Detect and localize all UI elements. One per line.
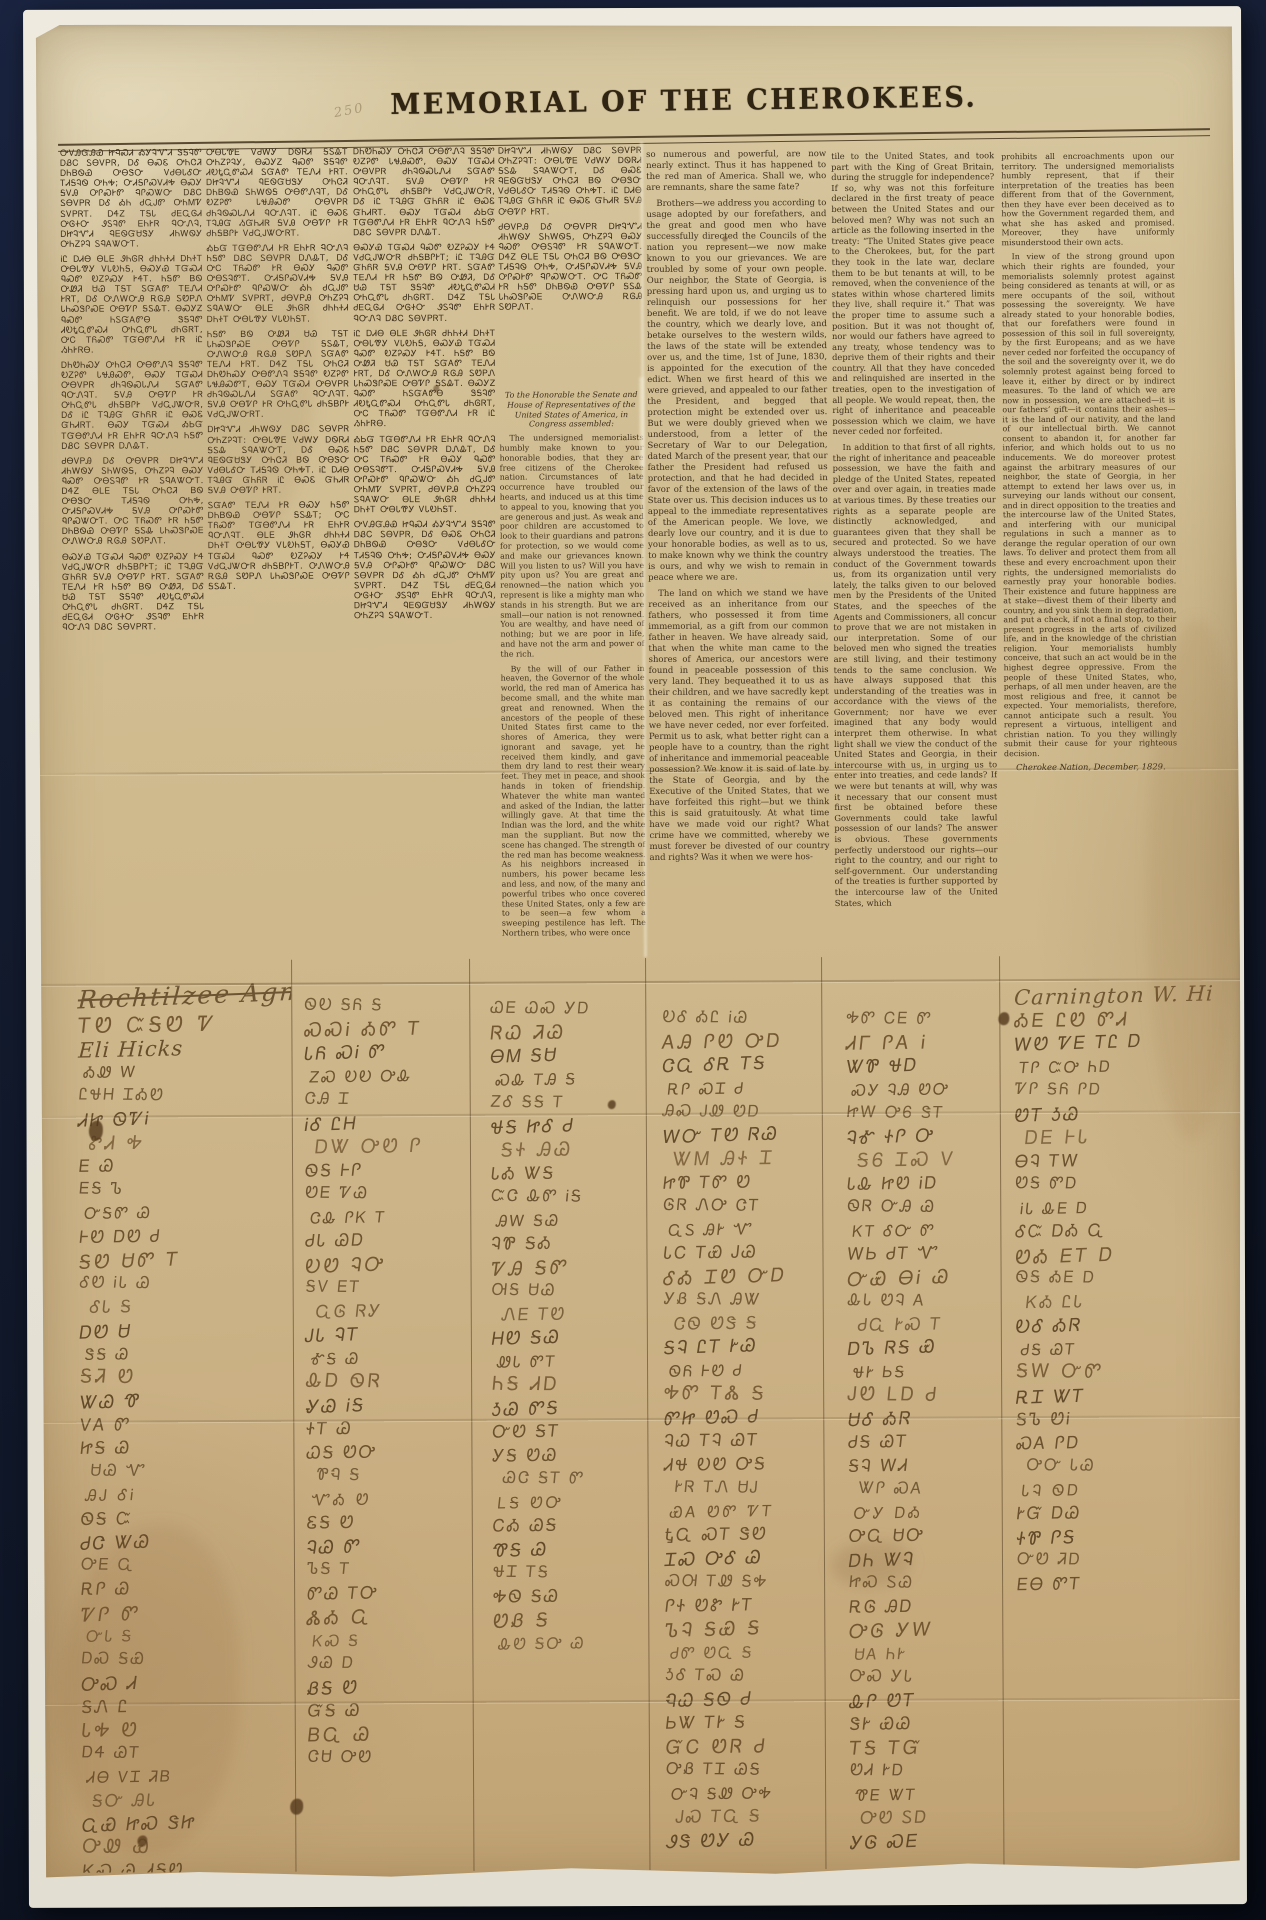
signature: ᏗᏠ ᎧᏬ ᎤᎦ (663, 1453, 824, 1475)
signature: ᎡᎶ ᎯᎠ (848, 1595, 1003, 1617)
signature-column-3: ᏇᎬ ᏇᏍ ᎩᎠᏒᏇ ᏘᏊᎾᎷ ᎦᏌᏍᎲ ᎢᎯ ᎦᏃᎴ ᎦᎦ ᎢᏠᎦ ᏥᎴ ᏧᎦ… (470, 958, 650, 1871)
signature: ᏌᎪ ᏂᎨ (853, 1642, 1003, 1664)
signature: ᎣᎬ ᏝᏬ ᏛᏗ (1013, 1008, 1213, 1031)
signature: ᎧᎴ ᎣᏝ ᎥᏊ (661, 1007, 822, 1028)
cherokee-paragraph: ᎣᏏᏳ ᎢᏳᎾᏛᏁᏗ ᎨᏒ ᎬᏂᎨᏒ ᏄᏅᏁᎸ ᏂᎦᏛ ᎠᏰᏟ ᏚᎾᏙᏢᏒ ᎠᏁ… (207, 243, 349, 324)
signature: ᏣᎲ ᎵᏦ Ꭲ (309, 1205, 471, 1227)
cherokee-paragraph: ᎠᏥᎸᏉᏗ ᏗᏂᎳᏫᎩ ᎠᏰᏟ ᏚᎾᏙᏢᏒ ᎤᏂᏃᎮᎸᎢ: ᎤᎾᏓᏡᎬ ᏙᏧᎳᎩ… (498, 146, 642, 217)
cherokee-paragraph: ᎥᏝ ᎠᏗᎾ ᎾᏞᎬ ᏭᏂᎶᏒ ᏧᏂᏂᏐᏗ ᎠᏂᏐᎢ ᎤᎾᏓᏡᎩ ᏙᏓᎧᏂᎦ, … (61, 254, 203, 356)
signature: ᏒᏇ ᏘᏊ (489, 1021, 646, 1043)
signature: ᎴᎣ ᏆᏬ ᏅᎠ (662, 1263, 825, 1288)
signature: ᎶᏒ ᏁᎤ ᏣᎢ (662, 1195, 823, 1216)
memorial-heading: To the Honorable the Senate and House of… (499, 390, 643, 430)
signature: ᏧᏓ ᏊᎠ (304, 1229, 471, 1252)
memorial-paragraph: tile to the United States, and took part… (831, 150, 995, 437)
signature: ᎴᏨ ᎠᎣ Ꮹ (1014, 1219, 1214, 1242)
signature: ᎼᎴ ᎢᏍ Ꮚ (665, 1665, 826, 1686)
signature: ᏅᏯ ᎾᎥ Ꮚ (846, 1265, 1003, 1290)
dateline: Cherokee Nation, December, 1829. (1004, 763, 1177, 773)
signature: ᎩᏰ ᎦᏁ ᎯᏔ (663, 1289, 824, 1310)
signature: ᎦᏮ ᏆᏍ Ꮩ (856, 1148, 1001, 1170)
signature: ᏅᎩ ᎠᎣ (853, 1501, 1003, 1523)
signature: ᎰᏬ ᎠᏬ Ꮷ (78, 1224, 293, 1247)
cherokee-paragraph: ᎠᏂᏬᏂᏍᎩ ᎤᏂᏣᏘ ᎤᎾᏛᏁᎸ ᏕᎦᎸᏛ ᎧᏃᎮᏛ ᏓᏠᎯᏍᏛ, ᎾᏍᎩ Ꭲ… (61, 360, 203, 452)
signature: ᏫᏒ ᏅᎯ Ꮚ (846, 1196, 1001, 1217)
signature: ᏠᏆ ᎢᎦ (492, 1562, 649, 1583)
signature: ᏣᏩ ᎴᎡ ᎢᎦ (661, 1052, 824, 1077)
signature: ᎫᏍ ᎢᏩ Ꭶ (675, 1805, 826, 1827)
signature: ᏃᎴ ᎦᎦ Ꭲ (490, 1092, 647, 1113)
signature: ᎤᏅ ᏓᏊ (1026, 1455, 1216, 1476)
english-column-6: tile to the United States, and took part… (831, 150, 998, 951)
signature: ᎲᎵ ᏬᎢ (848, 1688, 1005, 1713)
signature: ᏬᏰ Ꭶ (491, 1607, 650, 1632)
signature: ᏬᎢ ᎼᏊ (1013, 1100, 1215, 1127)
signature: ᏙᎪ Ꮫ (79, 1412, 294, 1435)
memorial-paragraph: The land on which we stand we have recei… (648, 588, 829, 864)
memorial-paragraph: prohibits all encroachments upon our ter… (1001, 151, 1174, 247)
signature: ᏅᎦᏛ Ꮚ (83, 1201, 293, 1224)
signature: ᎬᎦ Ꮦ (78, 1178, 293, 1200)
photo-background: 250 MEMORIAL OF THE CHEROKEES. ᎤᏙᎯᏳᎯᏯ ᏥᏄ… (0, 0, 1266, 1920)
signature: ᏬᎦ ᏛᎠ (1014, 1173, 1214, 1194)
signature: ᏩᎶ ᏒᎩ (315, 1300, 472, 1322)
signature: ᎹᎦ Ꮚ (310, 1346, 472, 1368)
signature: ᏔᎵ ᏍᎪ (858, 1478, 1003, 1499)
signature: ᏅᏬ ᏘᎠ (1016, 1549, 1216, 1570)
signature: ᏅᏬ ᎦᎢ (491, 1420, 648, 1442)
signature: ᏝᏠᎻ ᏆᎣᏬ (78, 1084, 293, 1106)
signature: ᎤᎬ Ꮹ (80, 1554, 295, 1576)
signature: ᏓᎣ ᏔᎦ (490, 1162, 647, 1184)
signature-column-2: ᏫᎧ ᎦᏲ ᎦᏍᏍᎥ ᎣᏛ ᎢᏓᏲ ᏍᎥ ᏛᏃᏍ ᎧᎧ ᎤᎲᏣᎯ ᏆᎥᎴ ᏝᎻᎠ… (292, 959, 474, 1872)
signature: ᏬᎬ ᏤᏊ (304, 1183, 471, 1204)
signature: ᏞᎦ ᏬᎤ (497, 1491, 649, 1513)
signature: ᏊᏣ ᎦᎢ Ꮫ (502, 1468, 649, 1489)
signature: ᎲᎠ ᏫᏒ (305, 1371, 472, 1392)
signature: ᏛᏊ ᎢᎤ (306, 1581, 473, 1604)
signature: ᎳᏅ ᎢᏬ ᏒᏊ (661, 1122, 824, 1147)
signature: ᏇᎦ ᏬᎤ (305, 1440, 472, 1463)
signature: ᎳᏬ ᏤᎬ ᎢᏝ Ꭰ (1013, 1029, 1215, 1056)
signature: ᎤᏪ Ꮿ (82, 1836, 297, 1858)
english-column-5: so numerous and powerful, are now nearly… (646, 149, 830, 950)
signature: ᏓᎭ Ꮼ (81, 1718, 296, 1741)
signature: ᏧᎦ ᏊᎢ (847, 1430, 1002, 1452)
cherokee-paragraph: ᎤᏙᎯᏳᎯᏯ ᏥᏄᏍᏗ ᎣᎩᎸᏉᏗ ᏕᎦᎸᏛ ᎠᏰᏟ ᏚᎾᏙᏢᏒ, ᎠᎴ ᎾᏍᏋ… (60, 148, 202, 250)
signature: ᏧᏣ ᏔᏊ (79, 1528, 296, 1555)
cherokee-paragraph: ᏚᏳᎪᏛ ᎢᎬᏁᏗ ᎨᏒ ᎾᏍᎩ ᏂᎦᏛ ᎠᏂᏴᏫᏯ ᎤᎾᏤᎵ ᎦᏚᎲᎢ; ᎤᏟ… (208, 501, 350, 593)
signature: ᏧᏩ ᎨᏍ Ꭲ (857, 1313, 1002, 1335)
signature: ᏔᏊ Ꮱ (78, 1387, 295, 1414)
signature: ᎻᏬ ᎦᏊ (490, 1325, 649, 1350)
signature: ᏗᎾ ᏙᏆ ᏘᏴ (86, 1765, 296, 1788)
signature: ᎫᏬ ᏞᎠ Ꮷ (847, 1384, 1002, 1405)
signature: ᏳᏟ ᏬᏒ Ꮷ (665, 1735, 826, 1757)
signature: ᏧᎦ ᏊᎢ (1020, 1337, 1215, 1360)
signature: ᏥᏍ ᏚᏊ (848, 1572, 1003, 1593)
signature: ᎦᏘ Ꮼ (79, 1366, 294, 1388)
signature: ᏦᎣ ᏝᏓ (1025, 1290, 1215, 1313)
signature: ᏁᎬ ᎢᏬ (501, 1303, 648, 1325)
signature: ᏣᎯ Ꮖ (304, 1089, 471, 1110)
signature: ᏏᏔ ᎢᎨ Ꭶ (665, 1711, 826, 1733)
signature: ᏨᏣ ᎲᏛ ᎥᎦ (490, 1186, 647, 1207)
signature: ᏩᏚ ᎯᎨ Ꮙ (667, 1218, 823, 1240)
signature-column-1: Rochtilzee AgmuyᎢᏬ ᏨᎦᏬ ᏤEli HicksᎣᏪ ᎳᏝᏠᎻ… (72, 960, 296, 1873)
signature: ᎴᏓ Ꭶ (89, 1295, 294, 1318)
signature: ᏣᏫ ᏬᏕ Ꭶ (673, 1312, 824, 1334)
signature: ᏃᏍ ᎧᎧ ᎤᎲ (308, 1064, 470, 1086)
signature: ᏉᎣ Ꮼ (311, 1487, 473, 1509)
signature: ᏗᎱ ᎵᎪ Ꭵ (845, 1031, 1000, 1053)
cherokee-paragraph: ᎾᏍᎩᏯ ᎢᏳᏍᏗ ᏄᏍᏛ ᎧᏃᎮᏍᎩ ᎨᏎ ᏙᏧᏩᎫᏔᏅᏒ ᏧᏂᎦᏴᎵᎨᎢ; … (353, 243, 495, 324)
memorial-paragraph: By the will of our Father in heaven, the… (501, 663, 646, 938)
signature: ᎧᏬ ᎸᎤ (304, 1251, 473, 1276)
signature: ᎦᎸ ᏝᎢ ᎨᏊ (662, 1334, 825, 1359)
cherokee-paragraph: ᎤᏙᎯᏳᎯᏯ ᏥᏄᏍᏗ ᎣᎩᎸᏉᏗ ᏕᎦᎸᏛ ᎠᏰᏟ ᏚᎾᏙᏢᏒ, ᎠᎴ ᎾᏍᏋ… (354, 520, 496, 621)
signature: ᏬᎣ ᎬᎢ Ꭰ (1014, 1241, 1216, 1268)
signature: ᎯᎫ ᎴᎥ (84, 1483, 294, 1506)
signature: ᏡᎦ Ꮚ (491, 1536, 650, 1561)
signature-column-6: Carnington W. HicksᎣᎬ ᏝᏬ ᏛᏗᎳᏬ ᏤᎬ ᎢᏝ ᎠᎢᎵ … (1000, 955, 1216, 1868)
signature: ᏫᎦ ᎰᎵ (304, 1158, 471, 1181)
signature: ᏥᎳ ᎤᏮ ᏕᎢ (846, 1102, 1001, 1123)
signature: ᏫᏲ ᎰᏬ Ꮷ (668, 1359, 824, 1381)
cherokee-paragraph: ᎾᏍᎩᏯ ᎢᏳᏍᏗ ᏄᏍᏛ ᎧᏃᎮᏍᎩ ᎨᏎ ᏙᏧᏩᎫᏔᏅᏒ ᏧᏂᎦᏴᎵᎨᎢ; … (62, 552, 204, 633)
signature: ᎸᏇ ᎢᎸ ᏊᎢ (663, 1429, 824, 1451)
signature: ᎺᎦ ᏌᏊ (491, 1280, 648, 1301)
signature: ᎦᎸ ᎳᏗ (847, 1454, 1002, 1476)
signature: ᎠᏖ ᏒᎦ Ꮿ (846, 1335, 1003, 1360)
signature: ᏯᎪ ᏬᏛ ᏤᎢ (669, 1500, 825, 1522)
signature: ᎠᎬ ᎰᏓ (1024, 1125, 1214, 1148)
signature: ᏭᏊ Ꭰ (307, 1653, 474, 1674)
signature: ᏟᎣ ᏊᎦ (492, 1514, 649, 1536)
signature: ᎢᎵ ᏨᎤ ᏂᎠ (1018, 1055, 1213, 1078)
signature: ᎠᏂ ᏔᎸ (847, 1547, 1004, 1572)
signature: ᏠᎦ ᏥᎴ Ꮷ (489, 1113, 648, 1138)
english-column-7: prohibits all encroachments upon our ter… (1001, 151, 1178, 952)
cherokee-column-2: ᎤᎾᏓᏡᎬ ᏙᏧᎳᎩ ᎠᏫᏒᏗ ᎦᏚᎲᎢ ᎤᏂᏃᎮᎸᎩ, ᎾᏍᎩᏃ ᏄᏍᏛ ᏕᎦ… (206, 147, 352, 948)
signature: ᏇᎬ ᏇᏍ ᎩᎠ (489, 998, 646, 1019)
signature: ᎯᏍ ᎫᏪ ᏬᎠ (662, 1101, 823, 1122)
signature: ᎾᎷ ᎦᏌ (489, 1043, 648, 1068)
signature: ᎯᎳ ᎦᏊ (495, 1209, 647, 1231)
signature: ᏦᏍ Ꭶ (311, 1628, 473, 1650)
signature: ᏓᏲ ᏍᎥ Ꮫ (303, 1040, 472, 1065)
signature: ᎸᎹ ᏐᎵ Ꭴ (845, 1124, 1002, 1149)
memorial-paragraph: In addition to that first of all rights,… (833, 441, 998, 908)
signature: ᎾᎸ ᎢᎳ (1014, 1149, 1214, 1172)
signature: ᎩᎶ ᏍᎬ (849, 1829, 1005, 1854)
signature: ᏥᏈ ᎢᏛ Ꮼ (662, 1171, 823, 1193)
signature: ᎦᏐ ᎯᏊ (500, 1138, 647, 1160)
cherokee-paragraph: ᎣᏏᏳ ᎢᏳᎾᏛᏁᏗ ᎨᏒ ᎬᏂᎨᏒ ᏄᏅᏁᎸ ᏂᎦᏛ ᎠᏰᏟ ᏚᎾᏙᏢᏒ ᎠᏁ… (354, 434, 496, 515)
signature: ᏪᏓ ᏛᎢ (496, 1350, 648, 1372)
signature: ᏠᎨ ᏏᎦ (852, 1360, 1002, 1382)
cherokee-column-4-top: ᎠᏥᎸᏉᏗ ᏗᏂᎳᏫᎩ ᎠᏰᏟ ᏚᎾᏙᏢᏒ ᎤᏂᏃᎮᎸᎢ: ᎤᎾᏓᏡᎬ ᏙᏧᎳᎩ… (498, 146, 643, 385)
signature: ᎤᏩ ᏌᎤ (848, 1524, 1003, 1546)
signature: ᏫᎦ ᎣᎬ Ꭰ (1015, 1267, 1215, 1288)
memorial-paragraph: In view of the strong ground upon which … (1002, 252, 1177, 759)
signature: ᎢᏬ ᏨᎦᏬ Ꮴ (77, 1013, 292, 1036)
signature: ᎭᏛ ᎢᏜ Ꭶ (663, 1383, 824, 1404)
signature: ᏍᎪ ᎵᎠ (1015, 1431, 1215, 1454)
signature: ᎳᏏ ᏧᎢ Ꮙ (846, 1242, 1001, 1264)
signature: ᏌᏊ Ꮙ (90, 1460, 295, 1481)
signature: ᎼᏊ ᏛᎦ (490, 1395, 649, 1420)
signature: ᏦᏍ Ꮚ ᏗᎦᏬ (81, 1859, 296, 1873)
cherokee-paragraph: ᏧᎾᏙᏢᎯ ᎠᎴ ᎤᎾᏙᏢᏒ ᎠᏥᎸᏉᏗ ᏗᏂᎳᏫᎩ ᏚᏂᎳᏫᎦ, ᎤᏂᏃᎮᎸ … (62, 456, 204, 548)
signature: ᏐᏈ ᎵᎦ (1015, 1523, 1216, 1550)
signature: ᎥᎴ ᏝᎻ (303, 1110, 472, 1135)
signature-column-4: ᎧᎴ ᎣᏝ ᎥᏊᎪᎯ ᎵᏬ ᎤᎠᏣᏩ ᎴᎡ ᎢᎦᎡᎵ ᏍᏆ ᏧᎯᏍ ᎫᏪ ᏬᎠᎳ… (646, 957, 826, 1870)
signature: ᏋᎦ Ꮼ (306, 1511, 473, 1534)
signature: Eli Hicks (78, 1035, 292, 1060)
signature: ᏔᎷ ᎯᏐ Ꮖ (672, 1147, 823, 1169)
signature: ᏓᏟ ᎢᏯ ᎫᏊ (662, 1241, 823, 1263)
signature: ᎡᎵ ᏍᏆ Ꮷ (667, 1077, 823, 1099)
signature: ᎸᏈ ᎦᎣ (490, 1232, 647, 1254)
signature: ᏛᏥ ᏬᏍ Ꮷ (662, 1404, 825, 1429)
signature: ᏡᎬ ᏔᎢ (854, 1783, 1004, 1805)
signature: ᏫᎦ Ꮸ (80, 1506, 295, 1529)
signature: ᎦᎳ ᏅᏛ (1015, 1361, 1215, 1382)
signature: ᎠᏔ ᎤᏬ Ꮅ (314, 1135, 471, 1157)
signature: ᎫᏓ ᎸᎢ (304, 1322, 473, 1347)
signature: Carnington W. Hicks (1014, 983, 1213, 1007)
cherokee-paragraph: ᎠᏂᏬᏂᏍᎩ ᎤᏂᏣᏘ ᎤᎾᏛᏁᎸ ᏕᎦᎸᏛ ᎧᏃᎮᏛ ᏓᏠᎯᏍᏛ, ᎾᏍᎩ Ꭲ… (353, 147, 495, 238)
signature-column-5: ᎭᏛ ᏟᎬ ᏛᏗᎱ ᎵᎪ ᎥᏔᏈ ᏠᎠᏍᎩ ᎸᎯ ᏬᎤᏥᎳ ᎤᏮ ᏕᎢᎸᎹ ᏐᎵ… (822, 956, 1004, 1869)
signature: ᎤᏬ ᏚᎠ (859, 1806, 1004, 1828)
signature: ᏦᎢ ᎴᏅ Ꮫ (851, 1219, 1001, 1241)
signature: ᏐᎢ Ꮚ (305, 1417, 472, 1440)
signature: ᎧᎴ ᎣᏒ (1014, 1311, 1216, 1338)
signature: ᏳᎦ Ꮚ (307, 1699, 474, 1722)
signature: ᎭᏛ ᏟᎬ Ꮫ (845, 1008, 1000, 1029)
signature: ᎦᏬ ᏌᏛ Ꭲ (78, 1246, 295, 1273)
signature: ᎨᏒ ᎢᏁ ᏌᎫ (674, 1477, 825, 1498)
signature: ᏅᏓ Ꭶ (85, 1624, 295, 1647)
signature: ᏅᎸ ᎦᏪ ᎤᎭ (670, 1782, 826, 1804)
cherokee-column-1: ᎤᏙᎯᏳᎯᏯ ᏥᏄᏍᏗ ᎣᎩᎸᏉᏗ ᏕᎦᎸᏛ ᎠᏰᏟ ᏚᎾᏙᏢᏒ, ᎠᎴ ᎾᏍᏋ… (60, 148, 206, 949)
signature: ᏍᎲ ᎢᎯ Ꭶ (494, 1068, 646, 1090)
signature: ᏄᏇ ᎦᏫ Ꮷ (664, 1686, 827, 1711)
signature: ᏰᎦ Ꮼ (306, 1674, 475, 1699)
signature: ᎦᏙ ᎬᎢ (305, 1277, 472, 1298)
signature: Rochtilzee Agmuy (77, 982, 292, 1010)
signature: ᏬᏗ ᎨᎠ (849, 1760, 1004, 1781)
signature: ᎤᏍ ᎩᏓ (849, 1666, 1004, 1687)
signature: ᎤᏍ Ꮧ (80, 1669, 297, 1696)
signature: ᎠᏍ ᎦᏯ (81, 1648, 296, 1670)
signature: ᏜᎣ Ꮹ (305, 1604, 474, 1629)
signature: ᏩᏯ ᏥᏍ ᏕᏥ (80, 1810, 296, 1837)
signature: ᏍᎩ ᎸᎯ ᏬᎤ (851, 1078, 1001, 1100)
signature: ᏴᏩ Ꮚ (307, 1722, 474, 1745)
signature: ᎿᏩ ᏍᎢ ᏕᏬ (664, 1523, 825, 1545)
cherokee-paragraph: ᏧᎾᏙᏢᎯ ᎠᎴ ᎤᎾᏙᏢᏒ ᎠᏥᎸᏉᏗ ᏗᏂᎳᏫᎩ ᏚᏂᎳᏫᎦ, ᎤᏂᏃᎮᎸ … (498, 222, 642, 314)
signature: ᏈᏄ Ꭶ (316, 1465, 473, 1486)
signature: ᏗᏥ ᏫᏤᎥ (77, 1105, 294, 1132)
cherokee-paragraph: ᎥᏝ ᎠᏗᎾ ᎾᏞᎬ ᏭᏂᎶᏒ ᏧᏂᏂᏐᏗ ᎠᏂᏐᎢ ᎤᎾᏓᏡᎩ ᏙᏓᎧᏂᎦ, … (354, 328, 496, 429)
signature: ᏂᎦ ᏗᎠ (491, 1374, 648, 1395)
signature: ᏔᏈ ᏠᎠ (845, 1053, 1002, 1078)
signature: ᎦᏖ ᏬᎥ (1015, 1407, 1215, 1430)
signature: ᏤᎯ ᎦᏛ (490, 1254, 649, 1279)
signature-section: Rochtilzee AgmuyᎢᏬ ᏨᎦᏬ ᏤEli HicksᎣᏪ ᎳᏝᏠᎻ… (72, 955, 1216, 1873)
signature: ᎡᎵ Ꮚ (80, 1577, 295, 1600)
signature: ᎦᏁ Ꮭ (80, 1694, 295, 1717)
signature: ᏕᎨ ᏯᏊ (849, 1712, 1004, 1734)
signature: ᎸᏊ Ꮫ (305, 1533, 474, 1558)
signature: ᎲᏬ ᎦᎤ Ꮚ (497, 1632, 649, 1654)
signature: ᏓᎲ ᏥᏬ ᎥᎠ (846, 1172, 1001, 1194)
signature: ᏌᎴ ᎣᏒ (847, 1406, 1004, 1431)
mixed-column-4: ᎠᏥᎸᏉᏗ ᏗᏂᎳᏫᎩ ᎠᏰᏟ ᏚᎾᏙᏢᏒ ᎤᏂᏃᎮᎸᎢ: ᎤᎾᏓᏡᎬ ᏙᏧᎳᎩ… (498, 146, 646, 947)
cherokee-paragraph: ᎠᏥᎸᏉᏗ ᏗᏂᎳᏫᎩ ᎠᏰᏟ ᏚᎾᏙᏢᏒ ᎤᏂᏃᎮᎸᎢ: ᎤᎾᏓᏡᎬ ᏙᏧᎳᎩ… (207, 425, 349, 496)
signature: ᎥᏓ ᎲᎬ Ꭰ (1019, 1196, 1214, 1219)
signature: ᏖᎸ ᎦᏯ Ꭶ (664, 1616, 827, 1641)
signature: ᎲᏓ ᏬᎸ Ꭺ (847, 1290, 1002, 1311)
signature: ᎵᏐ ᏬᏑ ᎨᎢ (664, 1594, 825, 1616)
signature: ᏭᏕ ᏬᎩ Ꮚ (665, 1827, 827, 1852)
signature: ᏖᎦ Ꭲ (306, 1559, 473, 1580)
signature: ᎩᎦ ᏬᏊ (491, 1444, 648, 1466)
signature: ᎭᏫ ᎦᏊ (492, 1585, 649, 1607)
signature: ᏤᎵ Ꮫ (79, 1598, 296, 1625)
signature: ᎴᏬ ᎥᏓ Ꮚ (79, 1272, 294, 1294)
broadside-paper: 250 MEMORIAL OF THE CHEROKEES. ᎤᏙᎯᏳᎯᏯ ᏥᏄ… (33, 19, 1244, 1883)
signature: ᎤᎶ ᎩᎳ (848, 1617, 1005, 1642)
memorial-paragraph: Brothers—we address you according to usa… (646, 198, 828, 584)
signature: ᎬᎾ ᏛᎢ (1016, 1572, 1216, 1595)
signature: ᎽᏊ ᎥᎦ (304, 1392, 473, 1417)
signature: ᎡᏆ ᏔᎢ (1014, 1382, 1216, 1409)
cherokee-paragraph: ᎤᎾᏓᏡᎬ ᏙᏧᎳᎩ ᎠᏫᏒᏗ ᎦᏚᎲᎢ ᎤᏂᏃᎮᎸᎩ, ᎾᏍᎩᏃ ᏄᏍᏛ ᏕᎦ… (206, 147, 348, 239)
signature: ᏧᏛ ᏬᏩ Ꭶ (669, 1641, 825, 1663)
signature: ᎤᏰ ᎢᏆ ᏊᎦ (665, 1759, 826, 1780)
signature: ᏣᏌ ᎤᏬ (307, 1747, 474, 1768)
signature: ᏑᏗ Ꭽ (88, 1130, 293, 1153)
signature: ᏤᎵ ᎦᏲ ᎵᎠ (1014, 1079, 1214, 1100)
signature: ᎢᎦ ᎢᏳ (849, 1736, 1004, 1758)
memorial-paragraph: The undersigned memorialists humbly make… (499, 433, 644, 659)
signature: ᎦᏅ ᎯᏓ (91, 1788, 296, 1811)
memorial-paragraph: so numerous and powerful, are now nearly… (646, 149, 826, 194)
printed-text-section: ᎤᏙᎯᏳᎯᏯ ᏥᏄᏍᏗ ᎣᎩᎸᏉᏗ ᏕᎦᎸᏛ ᎠᏰᏟ ᏚᎾᏙᏢᏒ, ᎠᎴ ᎾᏍᏋ… (33, 19, 1240, 965)
signature: ᎠᏬ Ꮜ (78, 1316, 295, 1343)
signature: ᏆᏍ ᎤᎴ Ꮚ (663, 1545, 826, 1570)
signature: ᏫᎧ ᎦᏲ Ꭶ (303, 995, 470, 1016)
signature: Ꭼ Ꮚ (78, 1154, 293, 1177)
signature: ᎨᏳ ᎠᏊ (1016, 1501, 1216, 1524)
signature: ᏕᎦ Ꮚ (84, 1342, 294, 1365)
signature: ᎠᏎ ᏊᎢ (81, 1742, 296, 1764)
signature: ᎣᏪ Ꮃ (82, 1060, 292, 1083)
signature: ᏍᎺ ᎢᏪ ᎦᎭ (664, 1571, 825, 1592)
signature: ᎪᎯ ᎵᏬ ᎤᎠ (661, 1030, 822, 1052)
signature: ᏥᎦ Ꮚ (79, 1436, 294, 1459)
cherokee-paragraph: ᏂᎦᏛ ᏴᏫ ᎤᏪᏘ ᏌᏊ ᎢᎦᎢ ᏓᏂᏍᏕᎵᏍᎬ ᎤᎾᏤᎵ ᎦᏚᎲᎢ, ᎤᏁᎳ… (207, 329, 349, 421)
cherokee-column-3: ᎠᏂᏬᏂᏍᎩ ᎤᏂᏣᏘ ᎤᎾᏛᏁᎸ ᏕᎦᎸᏛ ᎧᏃᎮᏛ ᏓᏠᎯᏍᏛ, ᎾᏍᎩ Ꭲ… (353, 147, 497, 947)
signature: ᏓᎸ ᏫᎠ (1020, 1478, 1215, 1501)
signature: ᏍᏍᎥ ᎣᏛ Ꭲ (303, 1017, 470, 1040)
